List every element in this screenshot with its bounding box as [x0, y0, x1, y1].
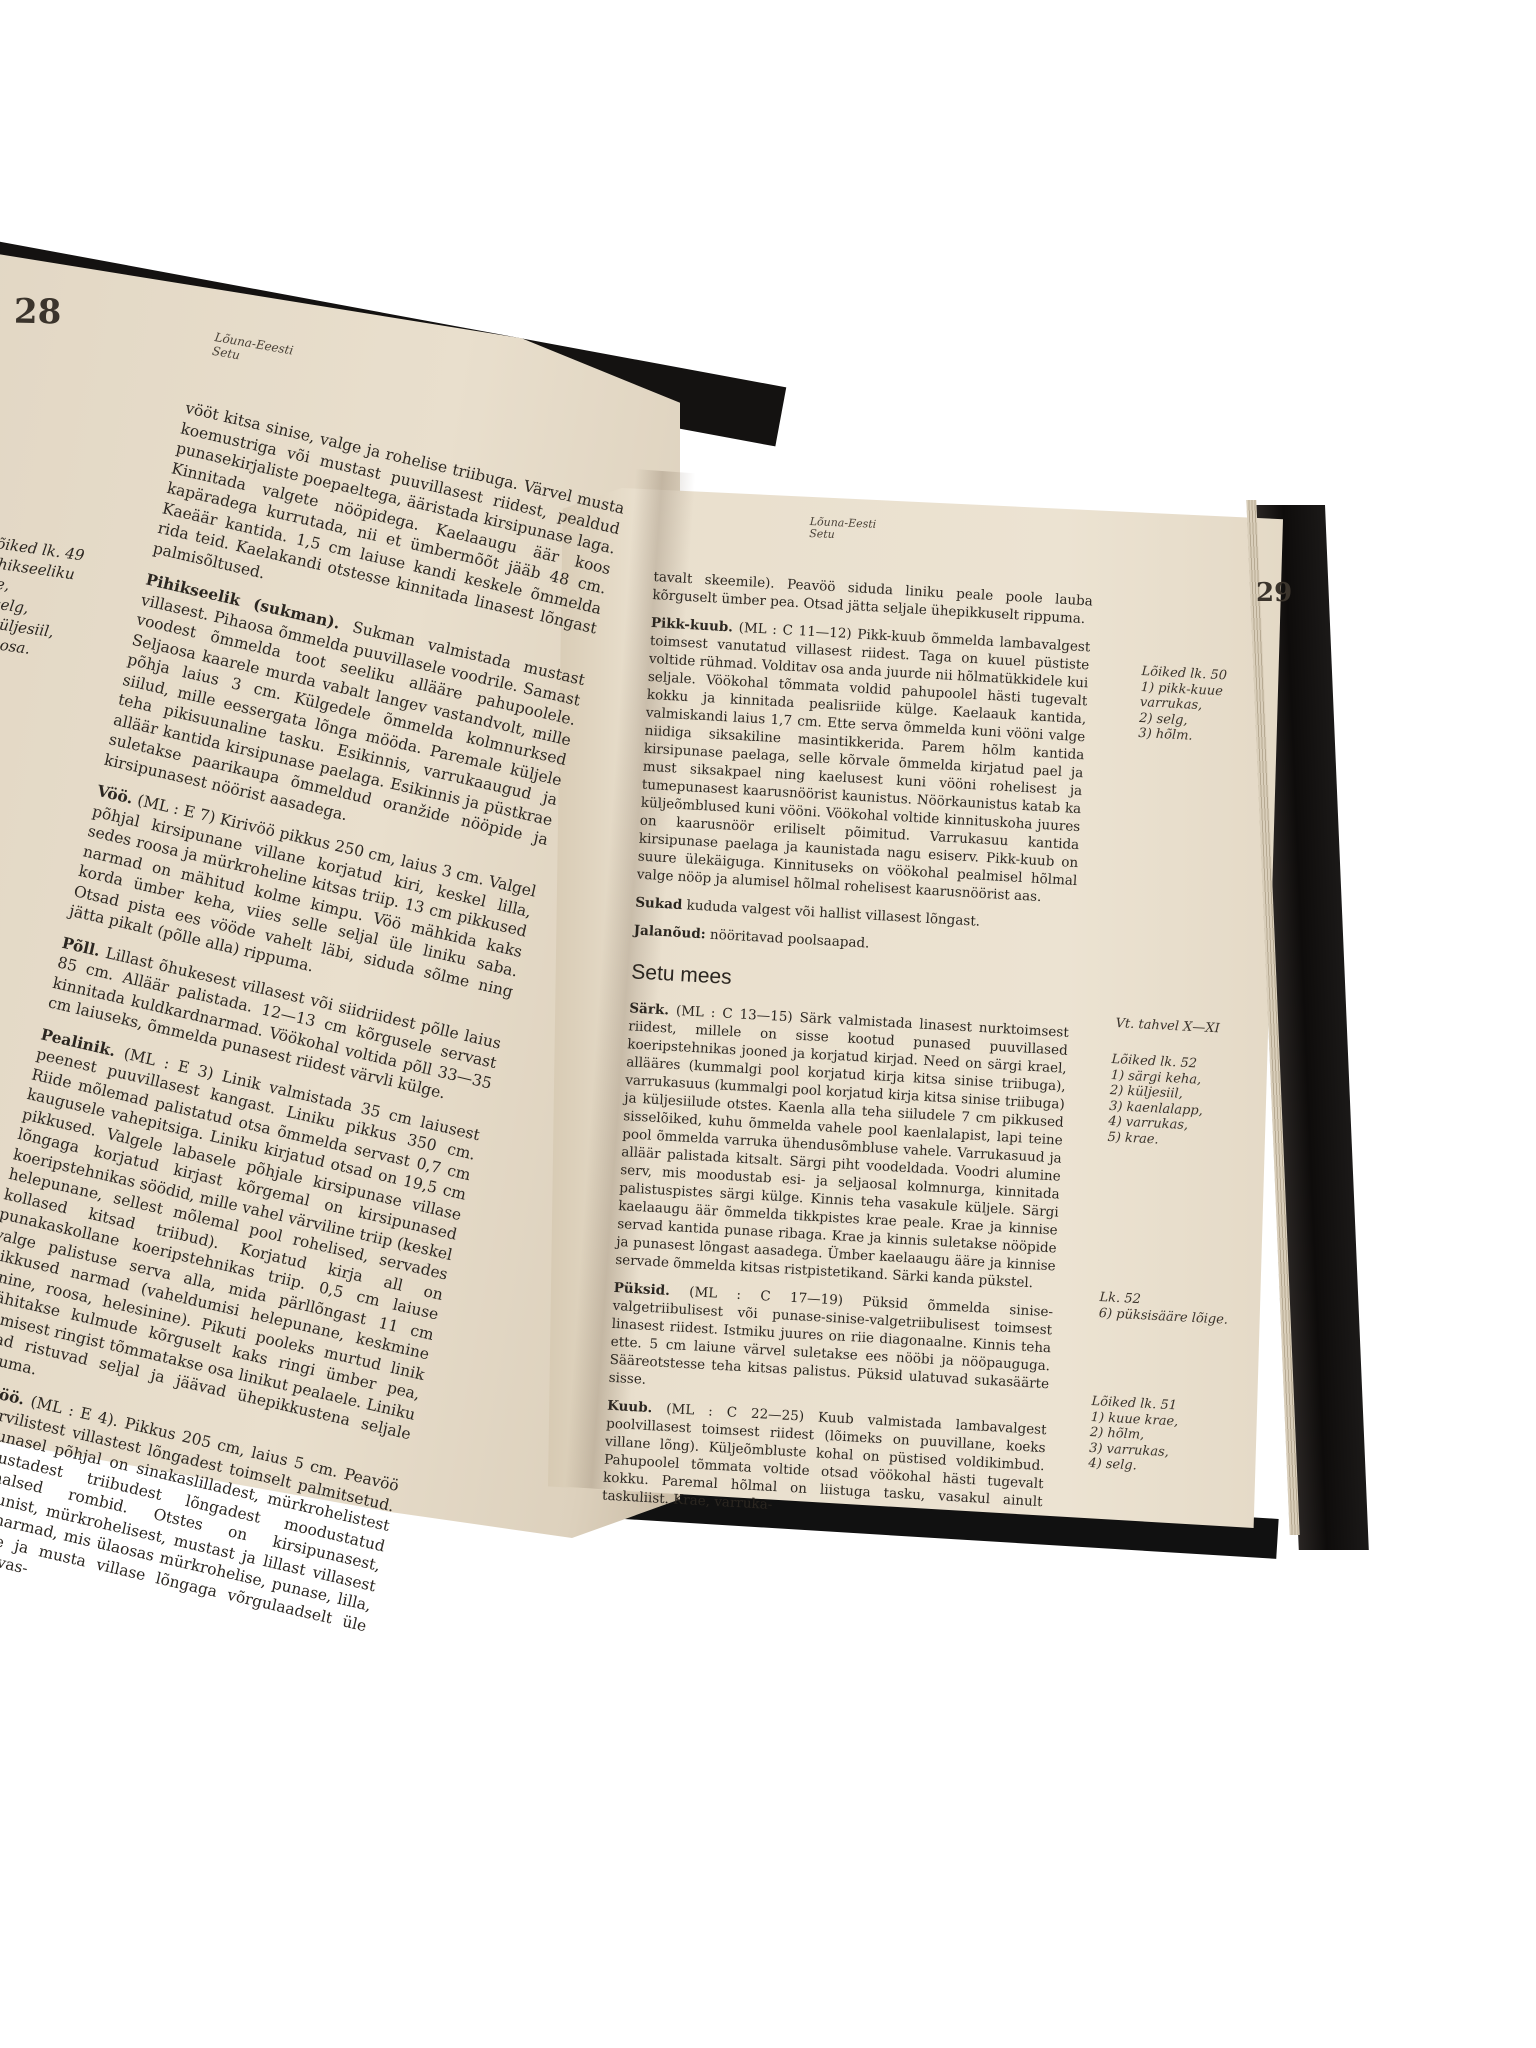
paragraph-text: Linik valmistada 35 cm laiusest peenest … — [0, 1045, 482, 1443]
section-heading: Setu mees — [631, 963, 1071, 1006]
paragraph-sark: Särk. (ML : C 13—15) Särk valmistada lin… — [615, 999, 1069, 1293]
paragraph-heading: Pikk-kuub. — [650, 615, 733, 636]
paragraph-puksid: Püksid. (ML : C 17—19) Püksid õmmelda si… — [608, 1279, 1053, 1411]
page-number-left: 28 — [14, 292, 62, 333]
sidenote-kuub: Lõiked lk. 51 1) kuue krae, 2) hõlm, 3) … — [1088, 1394, 1180, 1476]
right-page-body: tavalt skeemile). Peavöö siduda liniku p… — [601, 568, 1093, 1539]
paragraph-text: Pikk-kuub õmmelda lambavalgest toimsest … — [636, 626, 1090, 905]
paragraph-heading: Sukad — [635, 894, 683, 913]
paragraph-pikk-kuub: Pikk-kuub. (ML : C 11—12) Pikk-kuub õmme… — [636, 614, 1090, 908]
paragraph-text: nööritavad poolsaapad. — [710, 927, 870, 952]
paragraph-heading: Püksid. — [613, 1280, 670, 1299]
paragraph-heading: Jalanõud: — [633, 922, 706, 942]
sidenote-sark: Lõiked lk. 52 1) särgi keha, 2) küljesii… — [1107, 1052, 1206, 1150]
paragraph-text: kududa valgest või hallist villasest lõn… — [686, 897, 980, 929]
running-head-right: Lõuna-Eesti Setu — [809, 516, 876, 543]
paragraph-kuub: Kuub. (ML : C 22—25) Kuub valmistada lam… — [602, 1397, 1047, 1529]
paragraph-heading: Peavöö. — [0, 1375, 27, 1408]
sidenote-pikk-kuub: Lõiked lk. 50 1) pikk-kuue varrukas, 2) … — [1138, 664, 1227, 746]
paragraph-heading: Kuub. — [607, 1398, 653, 1416]
paragraph-heading: Särk. — [629, 1000, 670, 1018]
paragraph-text: Särk valmistada linasest nurktoimsest ri… — [615, 1010, 1069, 1291]
page-number-right: 29 — [1256, 578, 1292, 608]
paragraph-text: Kuub valmistada lambavalgest poolvillase… — [602, 1409, 1047, 1513]
paragraph-text: Püksid õmmelda sinise-valgetriibulisest … — [608, 1294, 1053, 1393]
